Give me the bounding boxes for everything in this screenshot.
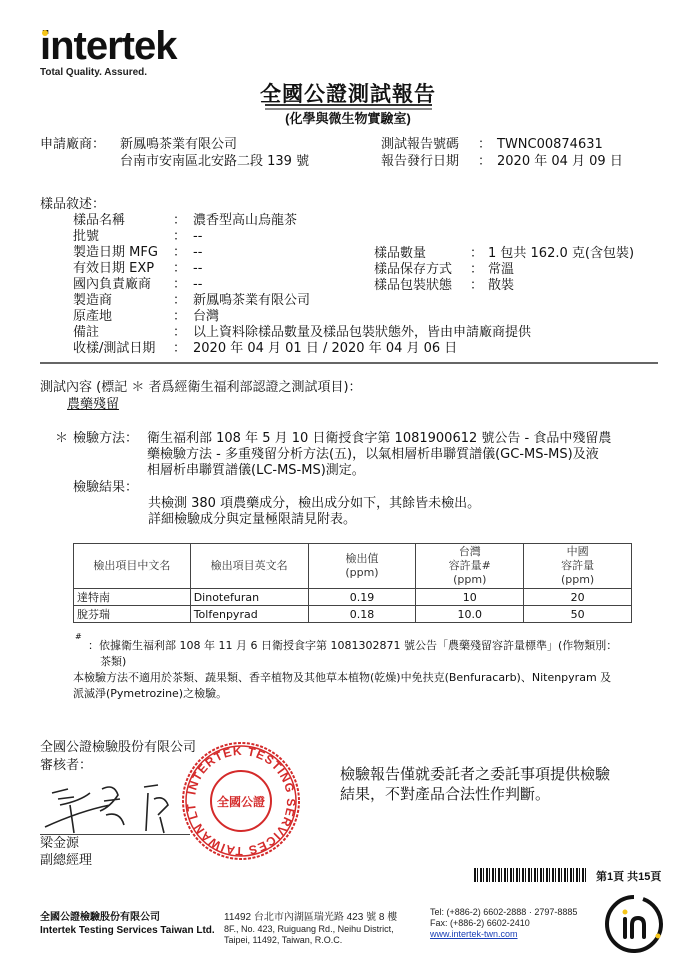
exclusion-note: 本檢驗方法不適用於茶類、蔬果類、香辛植物及其他草本植物(乾燥)中免扶克(Benf… xyxy=(73,670,663,685)
footer-address: 11492 台北市內湖區瑞光路 423 號 8 樓 8F., No. 423, … xyxy=(224,911,397,946)
footer-company: 全國公證檢驗股份有限公司 Intertek Testing Services T… xyxy=(40,911,215,937)
field-value: 1 包共 162.0 克(含包裝) xyxy=(488,246,634,262)
field-value: 以上資料除樣品數量及樣品包裝狀態外，皆由申請廠商提供 xyxy=(193,325,531,341)
signer-name: 梁金源 xyxy=(40,836,79,852)
footer-company-zh: 全國公證檢驗股份有限公司 xyxy=(40,911,215,924)
sample-fields-right: 樣品數量：1 包共 162.0 克(含包裝) 樣品保存方式：常溫 樣品包裝狀態：… xyxy=(374,246,674,294)
cell-tw-limit: 10.0 xyxy=(416,606,524,623)
field-label: 收樣/測試日期 xyxy=(73,341,173,357)
header-value: 檢出值(ppm) xyxy=(308,544,416,589)
result-text: 共檢測 380 項農藥成分，檢出成分如下，其餘皆未檢出。 詳細檢驗成分與定量極限… xyxy=(148,496,480,528)
header-text: 檢出項目英文名 xyxy=(211,559,288,572)
field-value: -- xyxy=(193,277,202,293)
field-label: 樣品數量 xyxy=(374,246,470,262)
header-text: 容許量# xyxy=(419,559,520,573)
sample-field: 批號：-- xyxy=(73,229,633,245)
footnote-line: 茶類) xyxy=(100,654,126,669)
cell-value: 0.18 xyxy=(308,606,416,623)
colon: ： xyxy=(173,309,193,325)
signer-title: 副總經理 xyxy=(40,853,92,869)
field-label: 樣品名稱 xyxy=(73,213,173,229)
method-line: 藥檢驗方法 - 多重殘留分析方法(五)，以氣相層析串聯質譜儀(GC-MS-MS)… xyxy=(147,447,647,463)
applicant-label: 申請廠商： xyxy=(40,137,105,153)
sample-field: 原產地：台灣 xyxy=(73,309,633,325)
seal-center-text: 全國公證 xyxy=(217,794,265,809)
method-label: 檢驗方法： xyxy=(73,431,138,447)
applicant-address: 台南市安南區北安路二段 139 號 xyxy=(120,154,309,170)
field-label: 樣品保存方式 xyxy=(374,262,470,278)
footer-address-en: 8F., No. 423, Ruiguang Rd., Neihu Distri… xyxy=(224,924,397,935)
report-date-colon: ： xyxy=(478,154,491,170)
cell-cn-limit: 20 xyxy=(524,589,632,606)
field-label: 製造商 xyxy=(73,293,173,309)
sample-section-label: 樣品敘述： xyxy=(40,197,105,213)
intertek-logo: intertek xyxy=(40,26,177,66)
footer-tel: Tel: (+886-2) 6602-2888 · 2797-8885 xyxy=(430,907,577,918)
colon: ： xyxy=(173,325,193,341)
colon: ： xyxy=(470,246,488,262)
field-label: 國內負責廠商 xyxy=(73,277,173,293)
table-header-row: 檢出項目中文名 檢出項目英文名 檢出值(ppm) 台灣容許量#(ppm) 中國容… xyxy=(74,544,632,589)
company-seal-stamp: INTERTEK TESTING SERVICES TAIWAN LTD. 全國… xyxy=(180,740,302,862)
test-category: 農藥殘留 xyxy=(67,397,119,413)
intertek-in-logo-icon xyxy=(603,893,665,955)
footer-address-en: Taipei, 11492, Taiwan, R.O.C. xyxy=(224,935,397,946)
header-text: 檢出項目中文名 xyxy=(93,559,170,572)
cell-cn-limit: 50 xyxy=(524,606,632,623)
field-label: 製造日期 MFG xyxy=(73,245,173,261)
report-date-label: 報告發行日期 xyxy=(381,154,459,170)
field-label: 原產地 xyxy=(73,309,173,325)
logo-tagline: Total Quality. Assured. xyxy=(40,67,147,78)
colon: ： xyxy=(470,262,488,278)
header-unit: (ppm) xyxy=(527,573,628,587)
colon: ： xyxy=(173,261,193,277)
field-value: 台灣 xyxy=(193,309,219,325)
footer-fax: Fax: (+886-2) 6602-2410 xyxy=(430,918,577,929)
footer-contact: Tel: (+886-2) 6602-2888 · 2797-8885 Fax:… xyxy=(430,907,577,940)
footer-company-en: Intertek Testing Services Taiwan Ltd. xyxy=(40,924,215,937)
sample-field: 樣品數量：1 包共 162.0 克(含包裝) xyxy=(374,246,674,262)
logo-dot-icon xyxy=(42,30,48,36)
sample-field: 樣品保存方式：常溫 xyxy=(374,262,674,278)
result-line: 詳細檢驗成分與定量極限請見附表。 xyxy=(148,512,480,528)
field-label: 樣品包裝狀態 xyxy=(374,278,470,294)
disclaimer: 檢驗報告僅就委託者之委託事項提供檢驗 結果，不對產品合法性作判斷。 xyxy=(340,764,610,804)
report-date: 2020 年 04 月 09 日 xyxy=(497,154,623,170)
method-line: 相層析串聯質譜儀(LC-MS-MS)測定。 xyxy=(147,463,647,479)
sample-field: 製造商：新鳳鳴茶業有限公司 xyxy=(73,293,633,309)
results-table: 檢出項目中文名 檢出項目英文名 檢出值(ppm) 台灣容許量#(ppm) 中國容… xyxy=(73,543,632,623)
header-unit: (ppm) xyxy=(419,573,520,587)
accredited-star-icon: ＊ xyxy=(55,431,68,447)
report-number-colon: ： xyxy=(478,137,491,153)
footer-website-link[interactable]: www.intertek-twn.com xyxy=(430,929,518,939)
field-label: 批號 xyxy=(73,229,173,245)
field-value: 濃香型高山烏龍茶 xyxy=(193,213,297,229)
cell-zh-name: 達特南 xyxy=(74,589,191,606)
header-zh-name: 檢出項目中文名 xyxy=(74,544,191,589)
sample-field: 樣品包裝狀態：散裝 xyxy=(374,278,674,294)
colon: ： xyxy=(173,213,193,229)
barcode xyxy=(474,868,586,882)
field-value: 常溫 xyxy=(488,262,514,278)
result-line: 共檢測 380 項農藥成分，檢出成分如下，其餘皆未檢出。 xyxy=(148,496,480,512)
colon: ： xyxy=(173,293,193,309)
header-en-name: 檢出項目英文名 xyxy=(190,544,308,589)
field-value: 散裝 xyxy=(488,278,514,294)
table-row: 達特南 Dinotefuran 0.19 10 20 xyxy=(74,589,632,606)
field-value: -- xyxy=(193,261,202,277)
cell-tw-limit: 10 xyxy=(416,589,524,606)
exclusion-note: 派滅淨(Pymetrozine)之檢驗。 xyxy=(73,686,227,701)
field-value: -- xyxy=(193,229,202,245)
reviewer-label: 審核者： xyxy=(40,758,92,774)
cell-en-name: Dinotefuran xyxy=(190,589,308,606)
sample-field: 收樣/測試日期：2020 年 04 月 01 日 / 2020 年 04 月 0… xyxy=(73,341,633,357)
sample-field: 樣品名稱：濃香型高山烏龍茶 xyxy=(73,213,633,229)
handwritten-signature xyxy=(40,775,200,835)
cell-en-name: Tolfenpyrad xyxy=(190,606,308,623)
colon: ： xyxy=(173,277,193,293)
table-row: 脫芬瑞 Tolfenpyrad 0.18 10.0 50 xyxy=(74,606,632,623)
header-text: 容許量 xyxy=(527,559,628,573)
header-tw-limit: 台灣容許量#(ppm) xyxy=(416,544,524,589)
cell-value: 0.19 xyxy=(308,589,416,606)
field-value: 新鳳鳴茶業有限公司 xyxy=(193,293,310,309)
footnote-line: ：依據衛生福利部 108 年 11 月 6 日衛授食字第 1081302871 … xyxy=(88,638,648,653)
signature-line xyxy=(40,834,190,835)
footnote-hash: # xyxy=(75,632,82,641)
disclaimer-line: 結果，不對產品合法性作判斷。 xyxy=(340,784,610,804)
field-label: 有效日期 EXP xyxy=(73,261,173,277)
report-subtitle: (化學與微生物實驗室) xyxy=(0,108,696,127)
field-label: 備註 xyxy=(73,325,173,341)
section-divider xyxy=(40,362,658,364)
colon: ： xyxy=(173,341,193,357)
header-text: 台灣 xyxy=(419,545,520,559)
test-content-label: 測試內容 (標記 ＊ 者爲經衛生福利部認證之測試項目)： xyxy=(40,380,362,396)
signing-company: 全國公證檢驗股份有限公司 xyxy=(40,740,196,756)
method-text: 衛生福利部 108 年 5 月 10 日衛授食字第 1081900612 號公告… xyxy=(147,431,647,479)
header-text: 檢出值 xyxy=(312,552,413,566)
colon: ： xyxy=(173,229,193,245)
report-number-label: 測試報告號碼 xyxy=(381,137,459,153)
field-value: -- xyxy=(193,245,202,261)
report-number: TWNC00874631 xyxy=(497,137,603,153)
result-label: 檢驗結果： xyxy=(73,480,138,496)
field-value: 2020 年 04 月 01 日 / 2020 年 04 月 06 日 xyxy=(193,341,457,357)
cell-zh-name: 脫芬瑞 xyxy=(74,606,191,623)
title-underline xyxy=(265,104,432,106)
colon: ： xyxy=(173,245,193,261)
footer-address-zh: 11492 台北市內湖區瑞光路 423 號 8 樓 xyxy=(224,911,397,924)
header-unit: (ppm) xyxy=(312,566,413,580)
applicant-name: 新鳳鳴茶業有限公司 xyxy=(120,137,237,153)
method-line: 衛生福利部 108 年 5 月 10 日衛授食字第 1081900612 號公告… xyxy=(147,431,647,447)
sample-field: 備註：以上資料除樣品數量及樣品包裝狀態外，皆由申請廠商提供 xyxy=(73,325,633,341)
header-text: 中國 xyxy=(527,545,628,559)
colon: ： xyxy=(470,278,488,294)
page-indicator: 第1頁 共15頁 xyxy=(596,868,661,884)
disclaimer-line: 檢驗報告僅就委託者之委託事項提供檢驗 xyxy=(340,764,610,784)
header-cn-limit: 中國容許量(ppm) xyxy=(524,544,632,589)
